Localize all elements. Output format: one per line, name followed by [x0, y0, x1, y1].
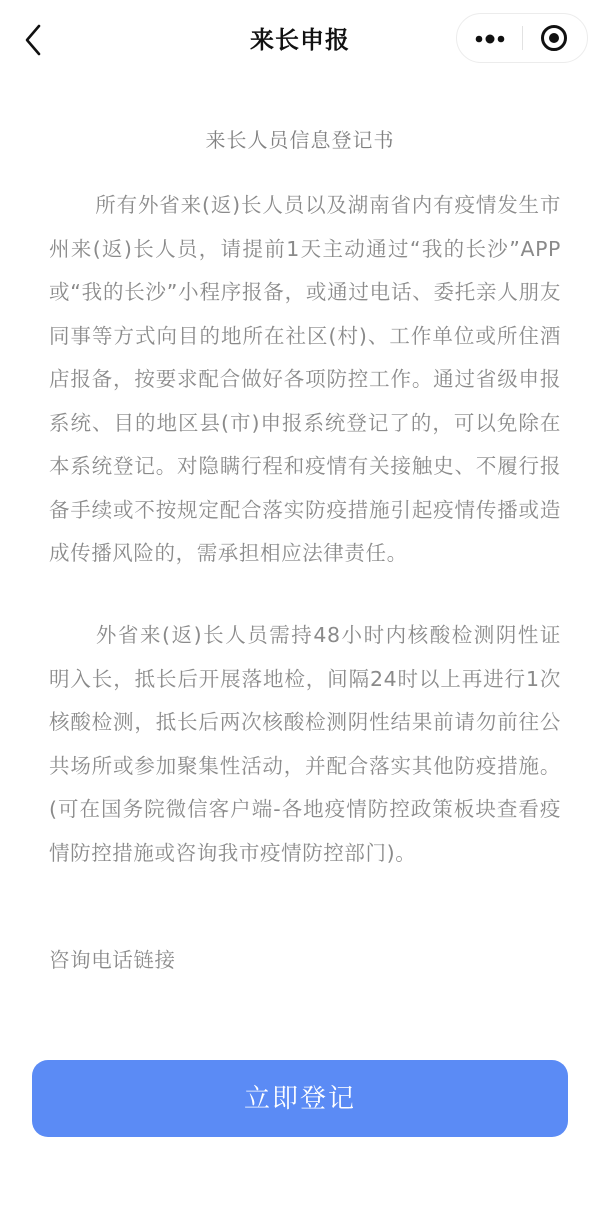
close-mini-program-button[interactable] — [523, 14, 587, 62]
more-button[interactable] — [457, 14, 522, 62]
mini-program-capsule — [456, 13, 588, 63]
more-dots-icon — [457, 47, 522, 66]
consult-phone-link[interactable]: 咨询电话链接 — [49, 940, 176, 980]
navigation-bar: 来长申报 — [0, 0, 600, 80]
document-title: 来长人员信息登记书 — [0, 122, 600, 158]
register-now-button[interactable]: 立即登记 — [32, 1060, 568, 1137]
notice-paragraph-1: 所有外省来(返)长人员以及湖南省内有疫情发生市州来(返)长人员，请提前1天主动通… — [49, 184, 561, 576]
notice-paragraph-2: 外省来(返)长人员需持48小时内核酸检测阴性证明入长，抵长后开展落地检，间隔24… — [49, 614, 561, 875]
paragraph-text: 所有外省来(返)长人员以及湖南省内有疫情发生市州来(返)长人员，请提前1天主动通… — [49, 193, 561, 565]
paragraph-text: 外省来(返)长人员需持48小时内核酸检测阴性证明入长，抵长后开展落地检，间隔24… — [49, 623, 561, 865]
target-circle-icon — [523, 47, 587, 66]
